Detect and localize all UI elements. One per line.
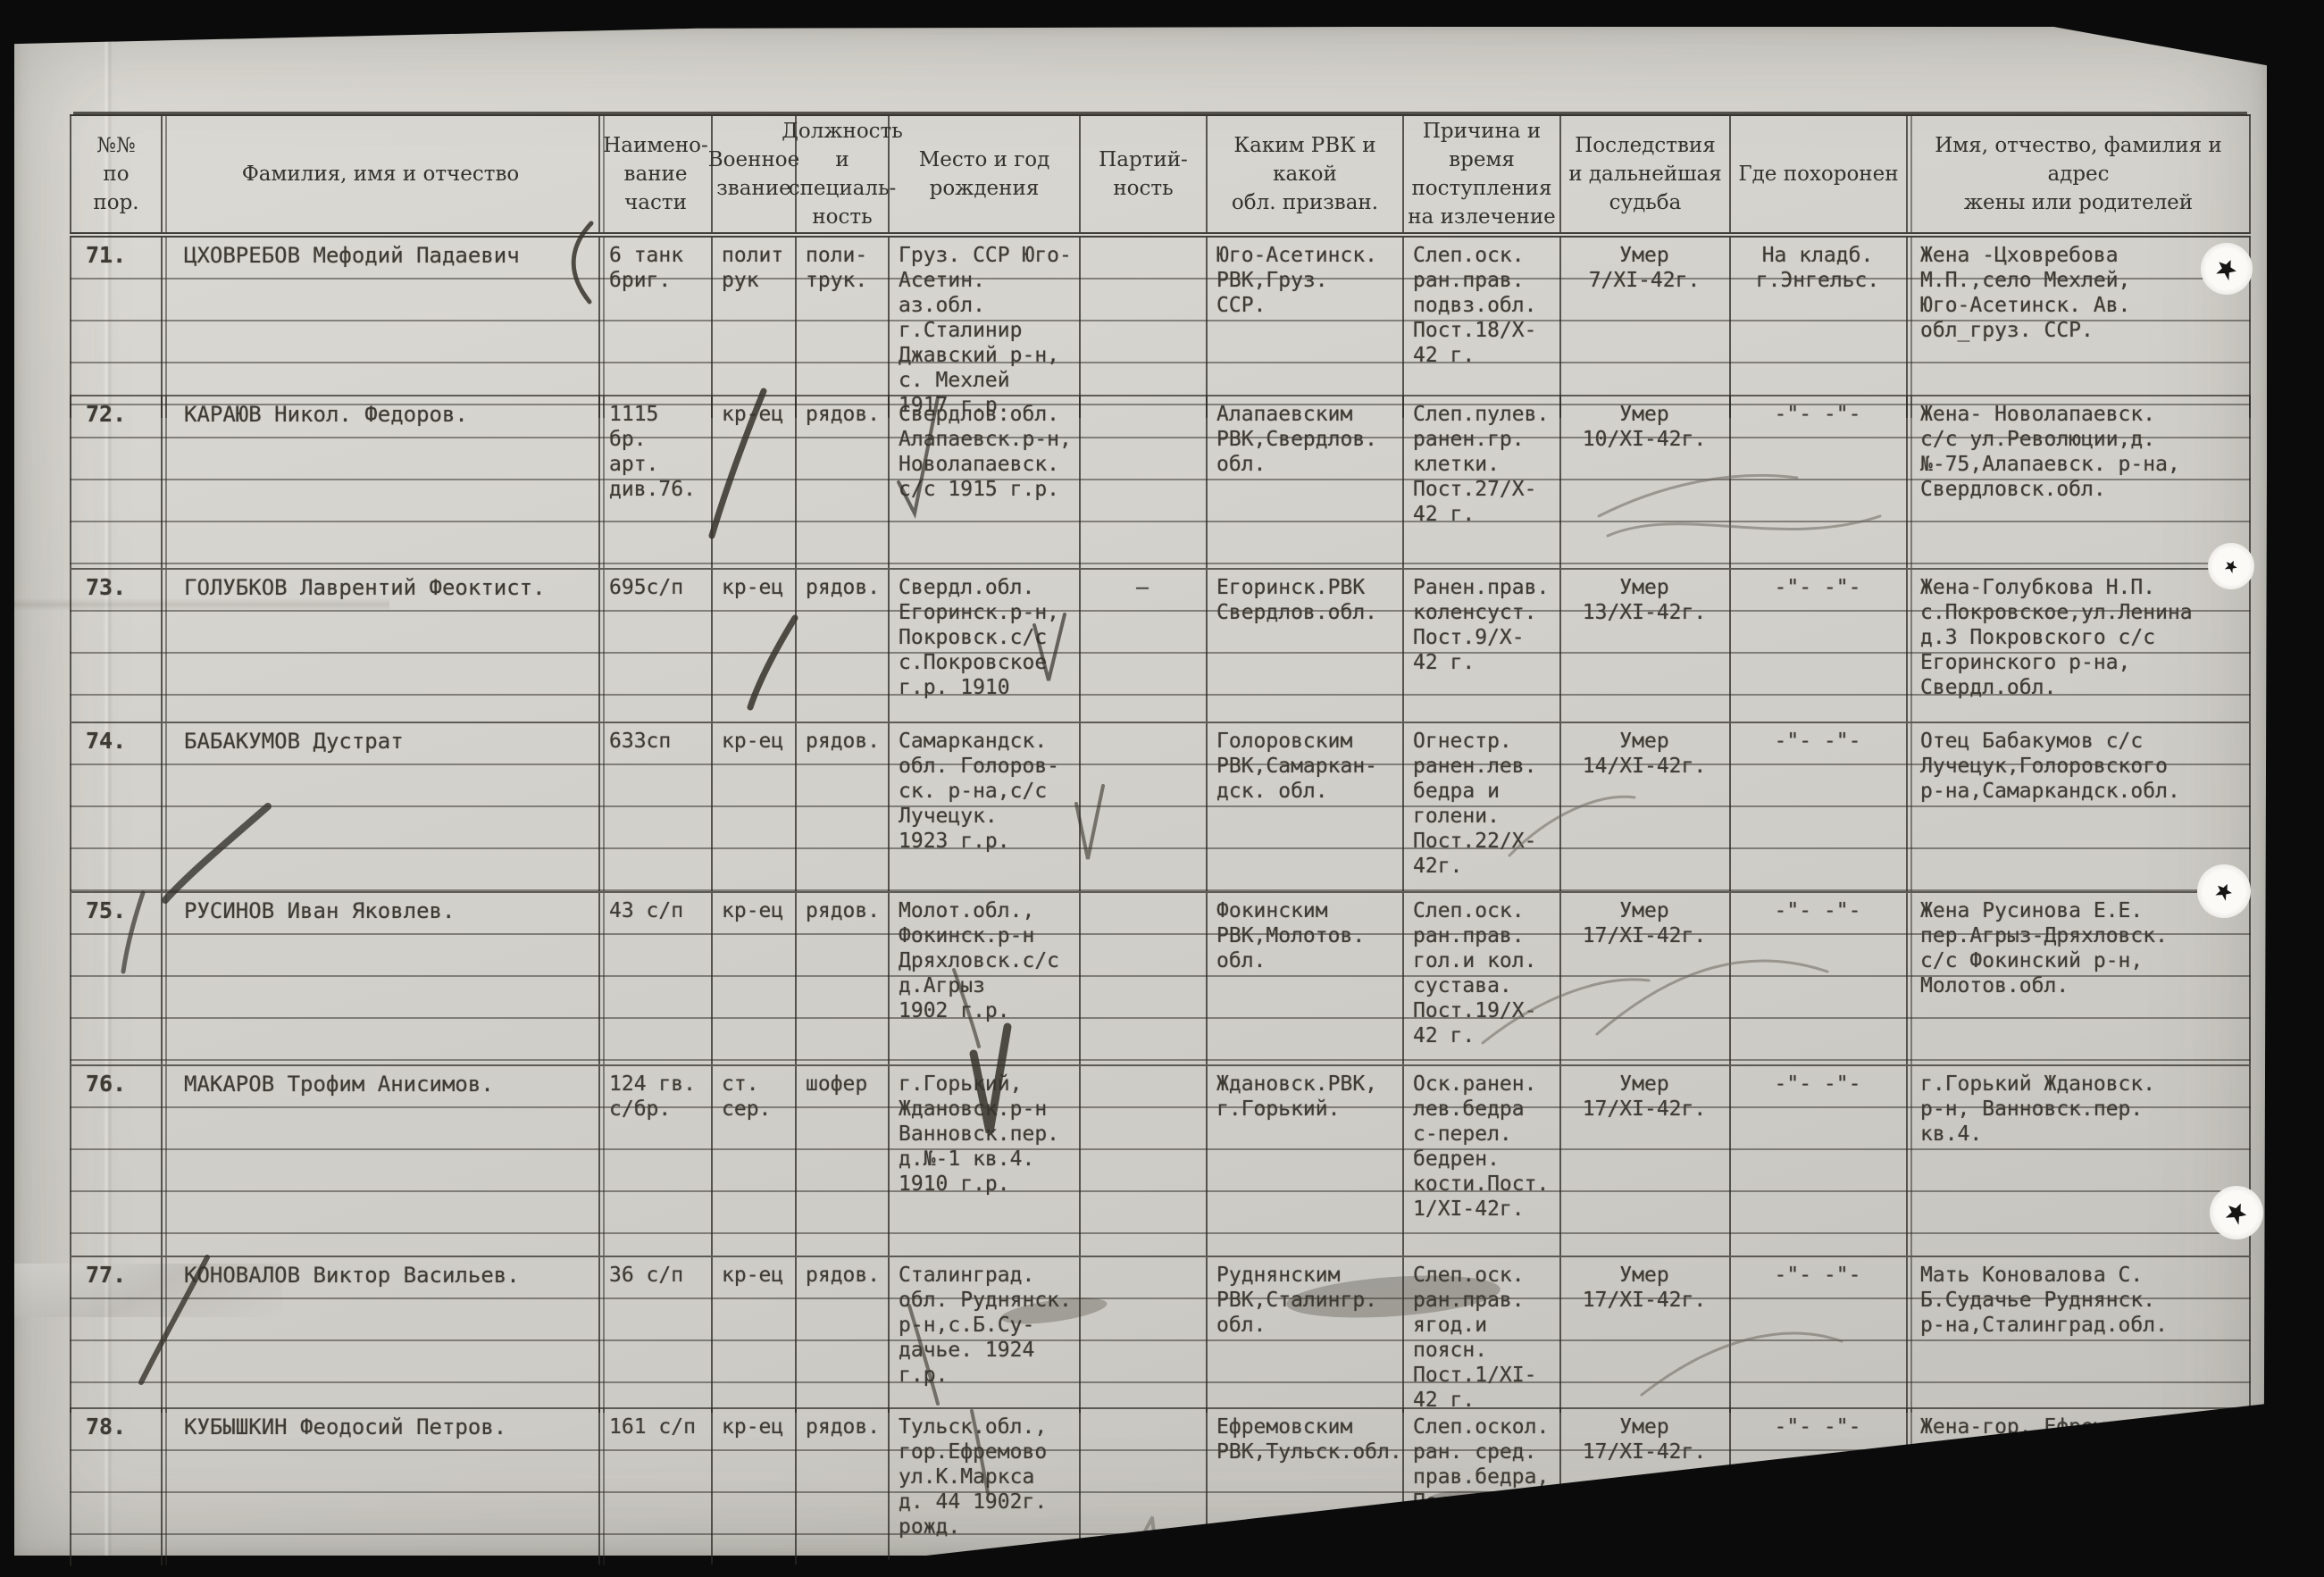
cell-rvk: Голоровским РВК,Самаркан- дск. обл.	[1208, 723, 1404, 891]
cell-num: 74.	[70, 723, 163, 891]
cell-family: Жена- Новолапаевск. с/с ул.Революции,д. …	[1908, 396, 2251, 568]
cell-birth: Свердлов.обл. Алапаевск.р-н, Новолапаевс…	[890, 396, 1081, 568]
cell-party	[1081, 238, 1208, 418]
cell-fate: Умер 17/XI-42г.	[1561, 1257, 1731, 1413]
table-header-row: №№ по пор. Фамилия, имя и отчество Наиме…	[70, 114, 2251, 238]
cell-fate: Умер 7/XI-42г.	[1561, 238, 1731, 418]
table-row: 78.КУБЫШКИН Феодосий Петров.161 с/пкр-ец…	[70, 1409, 2251, 1573]
table-row: 77.КОНОВАЛОВ Виктор Васильев.36 с/пкр-ец…	[70, 1257, 2251, 1409]
punch-hole	[2179, 1481, 2219, 1520]
cell-party	[1081, 893, 1208, 1064]
table-row: 72.КАРАЮВ Никол. Федоров.1115 бр. арт. д…	[70, 396, 2251, 570]
cell-cause: Слеп.оск. ран.прав. гол.и кол. сустава. …	[1404, 893, 1561, 1064]
cell-rank: кр-ец	[713, 570, 797, 722]
cell-rank: кр-ец	[713, 1409, 797, 1572]
punch-hole	[2208, 543, 2254, 589]
punch-hole	[2201, 243, 2253, 295]
cell-unit: 1115 бр. арт. див.76.	[600, 396, 713, 568]
cell-position: рядов.	[797, 723, 890, 891]
header-burial: Где похоронен	[1731, 116, 1908, 232]
cell-cause: Огнестр. ранен.лев. бедра и голени. Пост…	[1404, 723, 1561, 891]
cell-birth: Свердл.обл. Егоринск.р-н, Покровск.с/с с…	[890, 570, 1081, 722]
header-party: Партий- ность	[1081, 116, 1208, 232]
cell-birth: Тульск.обл., гор.Ефремово ул.К.Маркса д.…	[890, 1409, 1081, 1572]
cell-name: КОНОВАЛОВ Виктор Васильев.	[163, 1257, 600, 1413]
table-row: 71.ЦХОВРЕБОВ Мефодий Падаевич6 танк бриг…	[70, 238, 2251, 396]
cell-rvk: Ефремовским РВК,Тульск.обл.	[1208, 1409, 1404, 1572]
cell-fate: Умер 13/XI-42г.	[1561, 570, 1731, 722]
cell-name: КАРАЮВ Никол. Федоров.	[163, 396, 600, 568]
cell-family: Отец Бабакумов с/с Лучецук,Голоровского …	[1908, 723, 2251, 891]
cell-birth: г.Горький, Ждановск.р-н Ванновск.пер. д.…	[890, 1066, 1081, 1256]
cell-buried: -"- -"-	[1731, 893, 1908, 1064]
table-row: 74.БАБАКУМОВ Дустрат633спкр-ецрядов.Сама…	[70, 723, 2251, 893]
cell-fate: Умер 17/XI-42г.	[1561, 1409, 1731, 1572]
cell-buried: На кладб. г.Энгельс.	[1731, 238, 1908, 418]
cell-num: 78.	[70, 1409, 163, 1572]
cell-position: рядов.	[797, 1409, 890, 1572]
cell-rank: кр-ец	[713, 893, 797, 1064]
header-name: Фамилия, имя и отчество	[163, 116, 600, 232]
cell-rvk: Егоринск.РВК Свердлов.обл.	[1208, 570, 1404, 722]
cell-family: Жена Русинова Е.Е. пер.Агрыз-Дряхловск. …	[1908, 893, 2251, 1064]
cell-num: 77.	[70, 1257, 163, 1413]
header-rvk: Каким РВК и какой обл. призван.	[1208, 116, 1404, 232]
cell-party	[1081, 723, 1208, 891]
cell-position: рядов.	[797, 570, 890, 722]
cell-party	[1081, 1066, 1208, 1256]
cell-buried: -"- -"-	[1731, 1066, 1908, 1256]
cell-fate: Умер 17/XI-42г.	[1561, 893, 1731, 1064]
table-row: 73.ГОЛУБКОВ Лаврентий Феоктист.695с/пкр-…	[70, 570, 2251, 723]
cell-position: рядов.	[797, 1257, 890, 1413]
cell-rvk: Фокинским РВК,Молотов. обл.	[1208, 893, 1404, 1064]
cell-position: рядов.	[797, 396, 890, 568]
cell-unit: 43 с/п	[600, 893, 713, 1064]
cell-family: Жена-Голубкова Н.П. с.Покровское,ул.Лени…	[1908, 570, 2251, 722]
cell-unit: 695с/п	[600, 570, 713, 722]
cell-birth: Сталинград. обл. Руднянск. р-н,с.Б.Су- д…	[890, 1257, 1081, 1413]
cell-family: Мать Коновалова С. Б.Судачье Руднянск. р…	[1908, 1257, 2251, 1413]
cell-buried: -"- -"-	[1731, 1257, 1908, 1413]
header-cause: Причина и время поступления на излечение	[1404, 116, 1561, 232]
header-position: Должность и специаль- ность	[797, 116, 890, 232]
cell-family: Жена -Цховребова М.П.,село Мехлей, Юго-А…	[1908, 238, 2251, 418]
cell-name: ГОЛУБКОВ Лаврентий Феоктист.	[163, 570, 600, 722]
cell-party	[1081, 396, 1208, 568]
cell-cause: Оск.ранен. лев.бедра с-перел. бедрен. ко…	[1404, 1066, 1561, 1256]
cell-position: поли- трук.	[797, 238, 890, 418]
cell-num: 75.	[70, 893, 163, 1064]
cell-cause: Слеп.оск. ран.прав. подвз.обл. Пост.18/X…	[1404, 238, 1561, 418]
cell-cause: Слеп.оск. ран.прав. ягод.и поясн. Пост.1…	[1404, 1257, 1561, 1413]
cell-fate: Умер 17/XI-42г.	[1561, 1066, 1731, 1256]
header-birth: Место и год рождения	[890, 116, 1081, 232]
cell-rvk: Ждановск.РВК, г.Горький.	[1208, 1066, 1404, 1256]
cell-fate: Умер 14/XI-42г.	[1561, 723, 1731, 891]
cell-position: шофер	[797, 1066, 890, 1256]
cell-rank: кр-ец	[713, 396, 797, 568]
table-body: 71.ЦХОВРЕБОВ Мефодий Падаевич6 танк бриг…	[70, 238, 2251, 1573]
cell-buried: -"- -"-	[1731, 1409, 1908, 1572]
scanned-document: №№ по пор. Фамилия, имя и отчество Наиме…	[0, 0, 2324, 1577]
cell-buried: -"- -"-	[1731, 570, 1908, 722]
header-number: №№ по пор.	[70, 116, 163, 232]
cell-name: МАКАРОВ Трофим Анисимов.	[163, 1066, 600, 1256]
cell-name: РУСИНОВ Иван Яковлев.	[163, 893, 600, 1064]
cell-unit: 124 гв. с/бр.	[600, 1066, 713, 1256]
cell-cause: Слеп.пулев. ранен.гр. клетки. Пост.27/X-…	[1404, 396, 1561, 568]
cell-unit: 36 с/п	[600, 1257, 713, 1413]
cell-unit: 6 танк бриг.	[600, 238, 713, 418]
cell-rank: кр-ец	[713, 723, 797, 891]
header-fate: Последствия и дальнейшая судьба	[1561, 116, 1731, 232]
cell-num: 76.	[70, 1066, 163, 1256]
cell-rvk: Руднянским РВК,Сталингр. обл.	[1208, 1257, 1404, 1413]
cell-cause: Ранен.прав. коленсуст. Пост.9/X- 42 г.	[1404, 570, 1561, 722]
cell-birth: Самаркандск. обл. Голоров- ск. р-на,с/с …	[890, 723, 1081, 891]
cell-unit: 633сп	[600, 723, 713, 891]
cell-party	[1081, 1409, 1208, 1572]
cell-name: БАБАКУМОВ Дустрат	[163, 723, 600, 891]
table-row: 75.РУСИНОВ Иван Яковлев.43 с/пкр-ецрядов…	[70, 893, 2251, 1066]
cell-num: 72.	[70, 396, 163, 568]
cell-fate: Умер 10/XI-42г.	[1561, 396, 1731, 568]
punch-hole	[2210, 1186, 2263, 1239]
table-row: 76.МАКАРОВ Трофим Анисимов.124 гв. с/бр.…	[70, 1066, 2251, 1257]
cell-rank: полит рук	[713, 238, 797, 418]
cell-unit: 161 с/п	[600, 1409, 713, 1572]
document-page: №№ по пор. Фамилия, имя и отчество Наиме…	[14, 27, 2267, 1556]
casualty-register-table: №№ по пор. Фамилия, имя и отчество Наиме…	[70, 114, 2251, 1573]
cell-num: 71.	[70, 238, 163, 418]
cell-name: КУБЫШКИН Феодосий Петров.	[163, 1409, 600, 1572]
cell-party: –	[1081, 570, 1208, 722]
cell-birth: Груз. ССР Юго- Асетин. аз.обл. г.Сталини…	[890, 238, 1081, 418]
header-family: Имя, отчество, фамилия и адрес жены или …	[1908, 116, 2251, 232]
cell-position: рядов.	[797, 893, 890, 1064]
cell-rvk: Юго-Асетинск. РВК,Груз. ССР.	[1208, 238, 1404, 418]
cell-buried: -"- -"-	[1731, 723, 1908, 891]
cell-name: ЦХОВРЕБОВ Мефодий Падаевич	[163, 238, 600, 418]
cell-rvk: Алапаевским РВК,Свердлов. обл.	[1208, 396, 1404, 568]
cell-party	[1081, 1257, 1208, 1413]
cell-num: 73.	[70, 570, 163, 722]
cell-buried: -"- -"-	[1731, 396, 1908, 568]
cell-family: г.Горький Ждановск. р-н, Ванновск.пер. к…	[1908, 1066, 2251, 1256]
cell-rank: кр-ец	[713, 1257, 797, 1413]
header-unit: Наимено- вание части	[600, 116, 713, 232]
punch-hole	[2197, 864, 2251, 918]
cell-cause: Слеп.оскол. ран. сред. прав.бедра, Пост.…	[1404, 1409, 1561, 1572]
cell-rank: ст. сер.	[713, 1066, 797, 1256]
cell-birth: Молот.обл., Фокинск.р-н Дряхловск.с/с д.…	[890, 893, 1081, 1064]
